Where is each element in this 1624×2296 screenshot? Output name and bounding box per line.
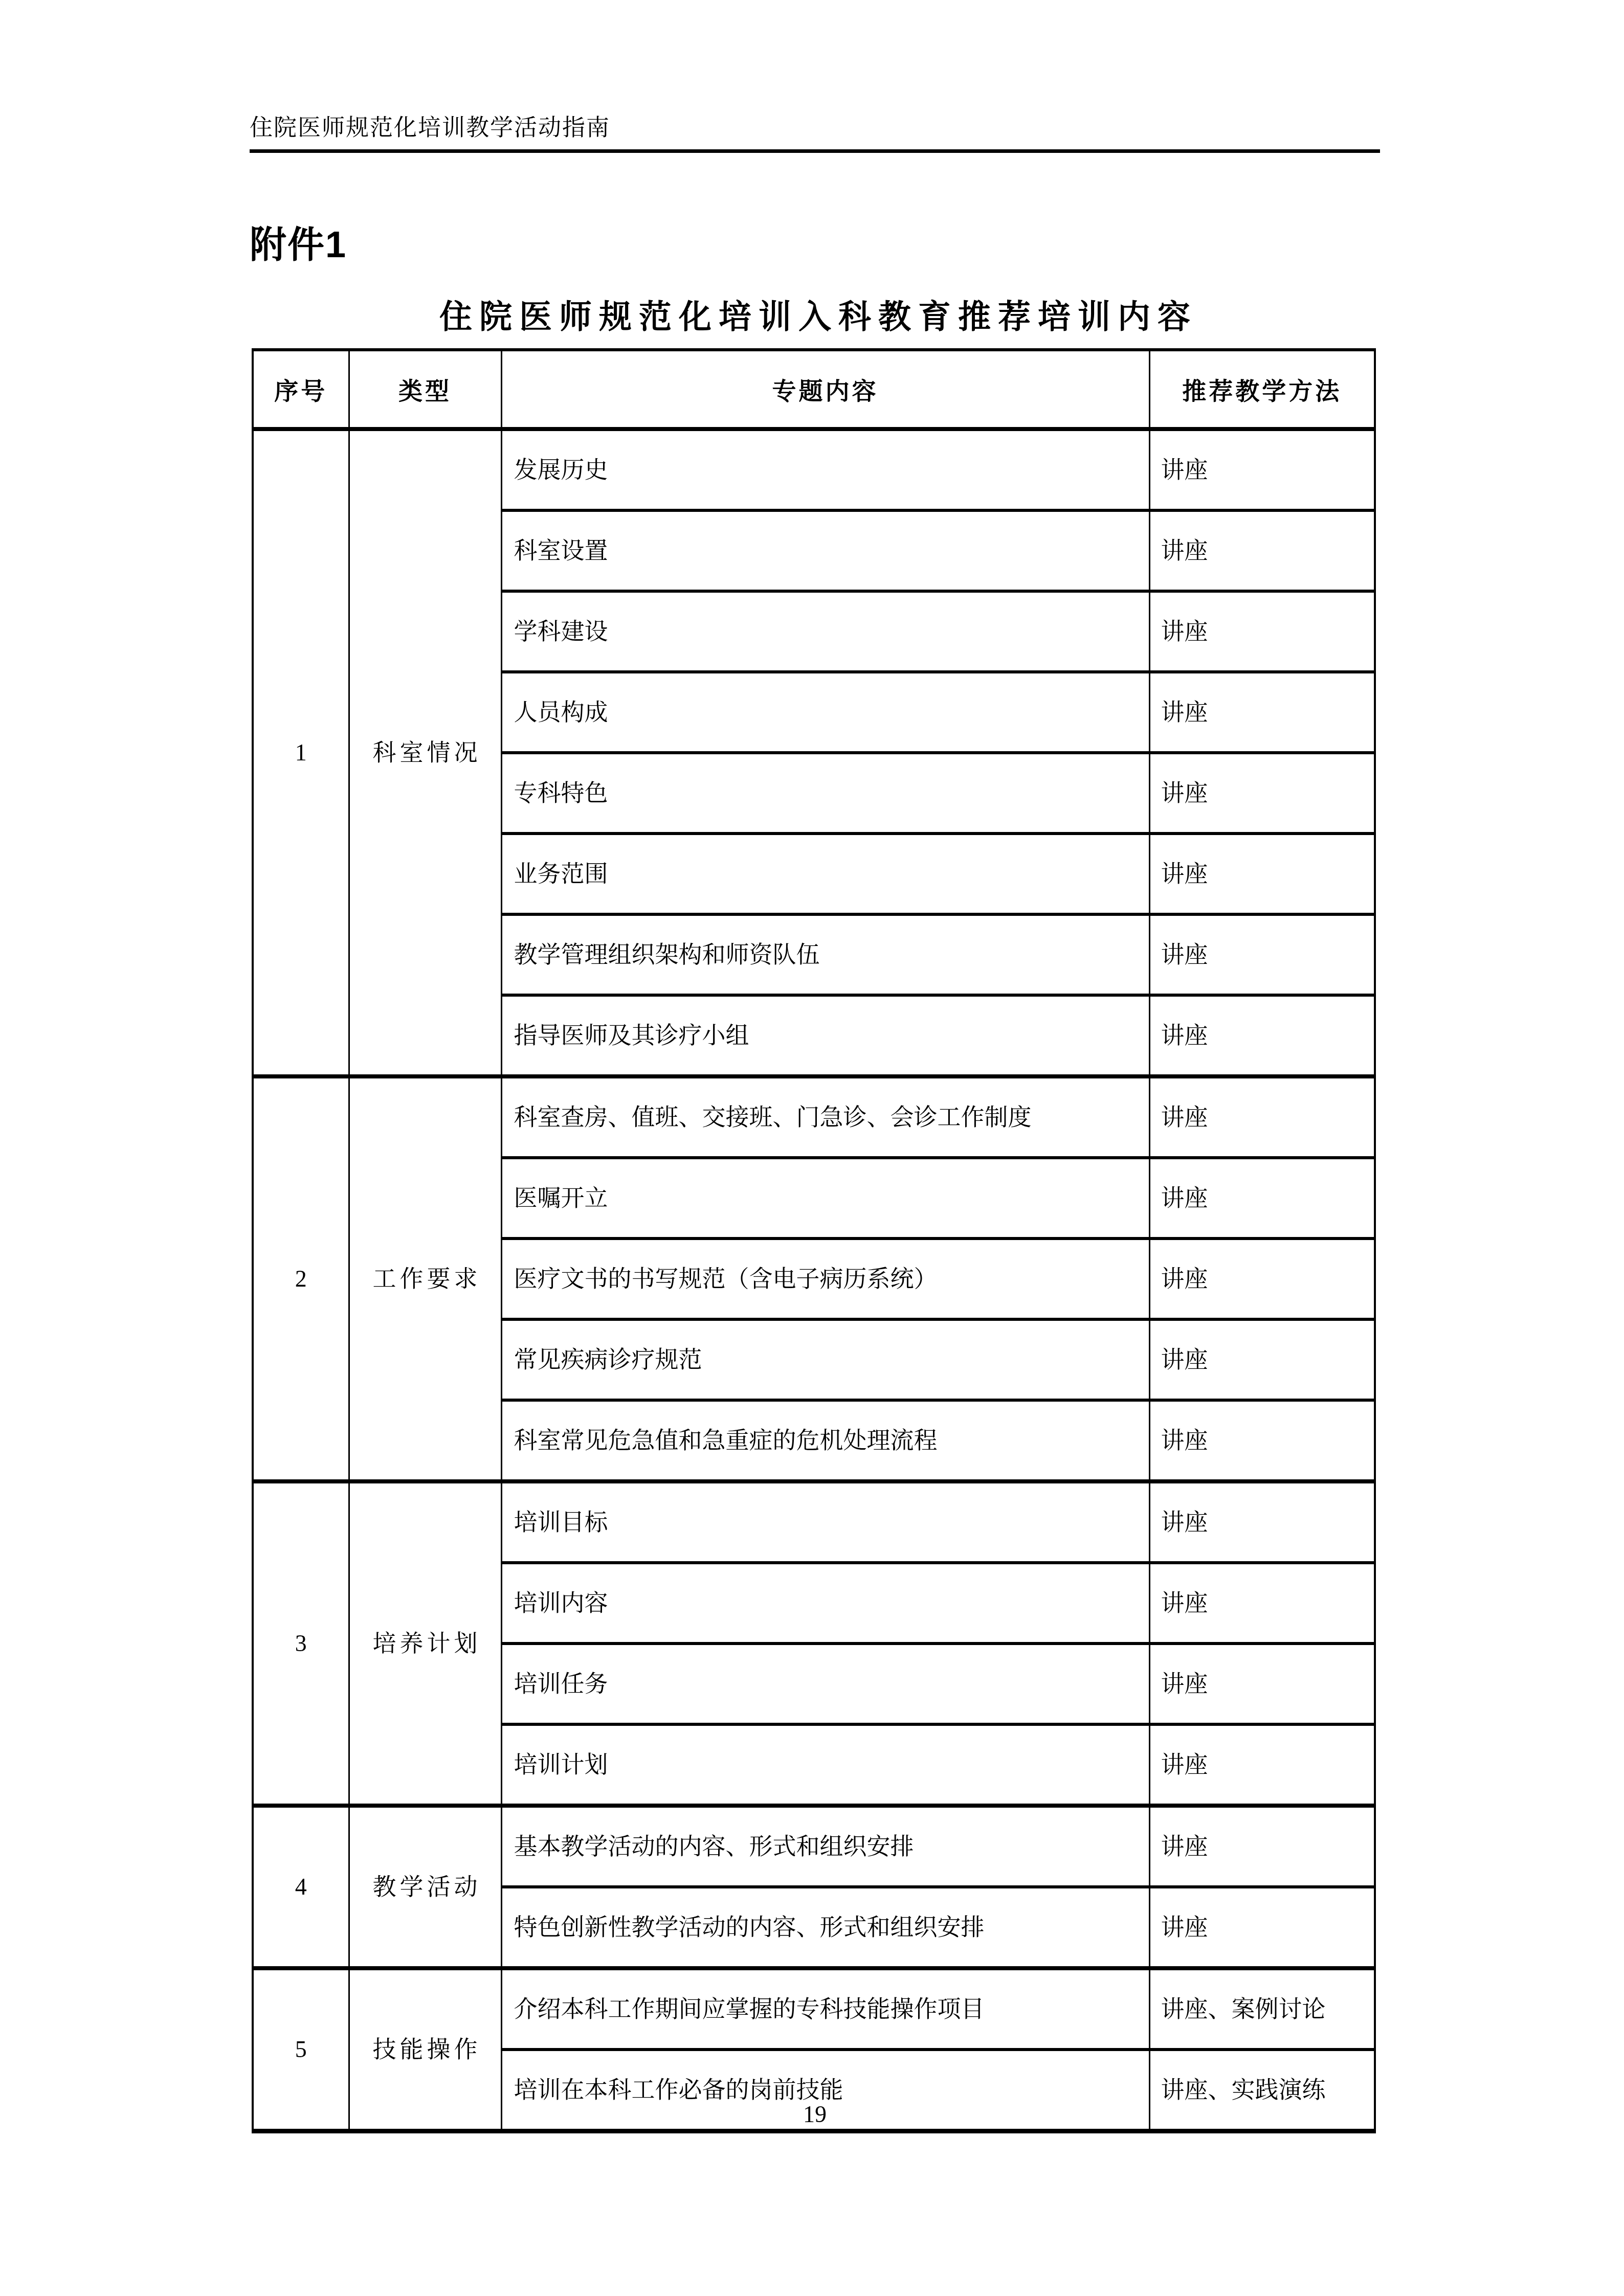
cell-method: 讲座: [1149, 914, 1375, 995]
cell-topic: 培训任务: [501, 1644, 1149, 1724]
training-content-table: 序号 类型 专题内容 推荐教学方法 1科室情况发展历史讲座科室设置讲座学科建设讲…: [252, 348, 1376, 2133]
cell-method: 讲座: [1149, 429, 1375, 510]
cell-group-type: 科室情况: [349, 429, 501, 1076]
cell-method: 讲座: [1149, 1724, 1375, 1806]
table-body: 1科室情况发展历史讲座科室设置讲座学科建设讲座人员构成讲座专科特色讲座业务范围讲…: [253, 429, 1375, 2131]
cell-topic: 特色创新性教学活动的内容、形式和组织安排: [501, 1887, 1149, 1968]
cell-method: 讲座、案例讨论: [1149, 1968, 1375, 2050]
cell-method: 讲座: [1149, 510, 1375, 591]
cell-topic: 发展历史: [501, 429, 1149, 510]
cell-topic: 指导医师及其诊疗小组: [501, 995, 1149, 1076]
cell-method: 讲座: [1149, 834, 1375, 914]
cell-method: 讲座: [1149, 995, 1375, 1076]
cell-method: 讲座: [1149, 1158, 1375, 1239]
cell-method: 讲座: [1149, 672, 1375, 753]
cell-group-no: 1: [253, 429, 349, 1076]
cell-topic: 教学管理组织架构和师资队伍: [501, 914, 1149, 995]
table-row: 3培养计划培训目标讲座: [253, 1481, 1375, 1563]
table-row: 5技能操作介绍本科工作期间应掌握的专科技能操作项目讲座、案例讨论: [253, 1968, 1375, 2050]
cell-method: 讲座: [1149, 1644, 1375, 1724]
cell-topic: 医嘱开立: [501, 1158, 1149, 1239]
cell-method: 讲座: [1149, 753, 1375, 834]
cell-group-no: 4: [253, 1806, 349, 1968]
cell-topic: 科室常见危急值和急重症的危机处理流程: [501, 1400, 1149, 1481]
table-row: 4教学活动基本教学活动的内容、形式和组织安排讲座: [253, 1806, 1375, 1887]
cell-method: 讲座: [1149, 1319, 1375, 1400]
table-header-row: 序号 类型 专题内容 推荐教学方法: [253, 350, 1375, 429]
cell-topic: 介绍本科工作期间应掌握的专科技能操作项目: [501, 1968, 1149, 2050]
page-number: 19: [250, 2101, 1380, 2128]
cell-group-type: 工作要求: [349, 1076, 501, 1481]
table-row: 1科室情况发展历史讲座: [253, 429, 1375, 510]
column-header-no: 序号: [253, 350, 349, 429]
cell-method: 讲座: [1149, 1887, 1375, 1968]
table-row: 2工作要求科室查房、值班、交接班、门急诊、会诊工作制度讲座: [253, 1076, 1375, 1158]
cell-topic: 培训目标: [501, 1481, 1149, 1563]
cell-method: 讲座: [1149, 591, 1375, 672]
cell-topic: 科室查房、值班、交接班、门急诊、会诊工作制度: [501, 1076, 1149, 1158]
cell-method: 讲座: [1149, 1563, 1375, 1644]
table-container: 序号 类型 专题内容 推荐教学方法 1科室情况发展历史讲座科室设置讲座学科建设讲…: [252, 348, 1376, 2133]
cell-method: 讲座: [1149, 1076, 1375, 1158]
cell-topic: 业务范围: [501, 834, 1149, 914]
cell-topic: 培训内容: [501, 1563, 1149, 1644]
cell-topic: 培训计划: [501, 1724, 1149, 1806]
column-header-type: 类型: [349, 350, 501, 429]
cell-topic: 科室设置: [501, 510, 1149, 591]
cell-topic: 人员构成: [501, 672, 1149, 753]
cell-group-type: 培养计划: [349, 1481, 501, 1806]
cell-topic: 学科建设: [501, 591, 1149, 672]
cell-group-no: 3: [253, 1481, 349, 1806]
column-header-method: 推荐教学方法: [1149, 350, 1375, 429]
cell-topic: 基本教学活动的内容、形式和组织安排: [501, 1806, 1149, 1887]
cell-topic: 常见疾病诊疗规范: [501, 1319, 1149, 1400]
header-divider: [250, 149, 1380, 153]
cell-topic: 医疗文书的书写规范（含电子病历系统）: [501, 1239, 1149, 1319]
attachment-label: 附件1: [250, 215, 347, 268]
cell-topic: 专科特色: [501, 753, 1149, 834]
cell-method: 讲座: [1149, 1806, 1375, 1887]
page-title: 住院医师规范化培训入科教育推荐培训内容: [250, 290, 1380, 337]
cell-method: 讲座: [1149, 1481, 1375, 1563]
cell-method: 讲座: [1149, 1239, 1375, 1319]
running-header: 住院医师规范化培训教学活动指南: [250, 116, 610, 141]
cell-group-no: 2: [253, 1076, 349, 1481]
column-header-topic: 专题内容: [501, 350, 1149, 429]
document-page: 住院医师规范化培训教学活动指南 附件1 住院医师规范化培训入科教育推荐培训内容 …: [0, 0, 1624, 2296]
cell-method: 讲座: [1149, 1400, 1375, 1481]
cell-group-type: 教学活动: [349, 1806, 501, 1968]
